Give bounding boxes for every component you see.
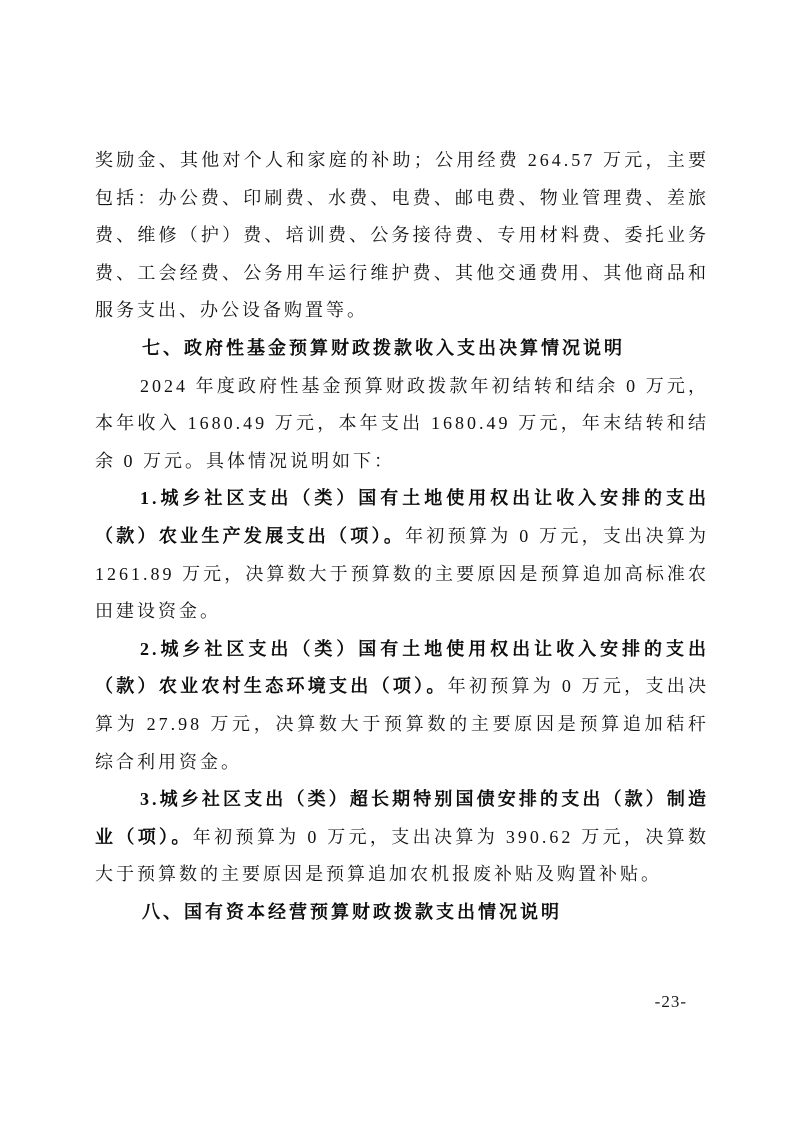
paragraph-continuation: 奖励金、其他对个人和家庭的补助；公用经费 264.57 万元，主要包括：办公费、… xyxy=(95,142,709,330)
section-7-intro-paragraph: 2024 年度政府性基金预算财政拨款年初结转和结余 0 万元，本年收入 1680… xyxy=(95,368,709,481)
section-7-item-1: 1.城乡社区支出（类）国有土地使用权出让收入安排的支出（款）农业生产发展支出（项… xyxy=(95,480,709,630)
document-page: 奖励金、其他对个人和家庭的补助；公用经费 264.57 万元，主要包括：办公费、… xyxy=(0,0,793,1122)
section-7-heading: 七、政府性基金预算财政拨款收入支出决算情况说明 xyxy=(95,330,709,368)
section-7-item-2: 2.城乡社区支出（类）国有土地使用权出让收入安排的支出（款）农业农村生态环境支出… xyxy=(95,631,709,781)
section-7-item-3: 3.城乡社区支出（类）超长期特别国债安排的支出（款）制造业（项）。年初预算为 0… xyxy=(95,781,709,894)
section-8-heading: 八、国有资本经营预算财政拨款支出情况说明 xyxy=(95,894,709,932)
document-body: 奖励金、其他对个人和家庭的补助；公用经费 264.57 万元，主要包括：办公费、… xyxy=(95,142,709,931)
page-number: -23- xyxy=(655,992,687,1012)
